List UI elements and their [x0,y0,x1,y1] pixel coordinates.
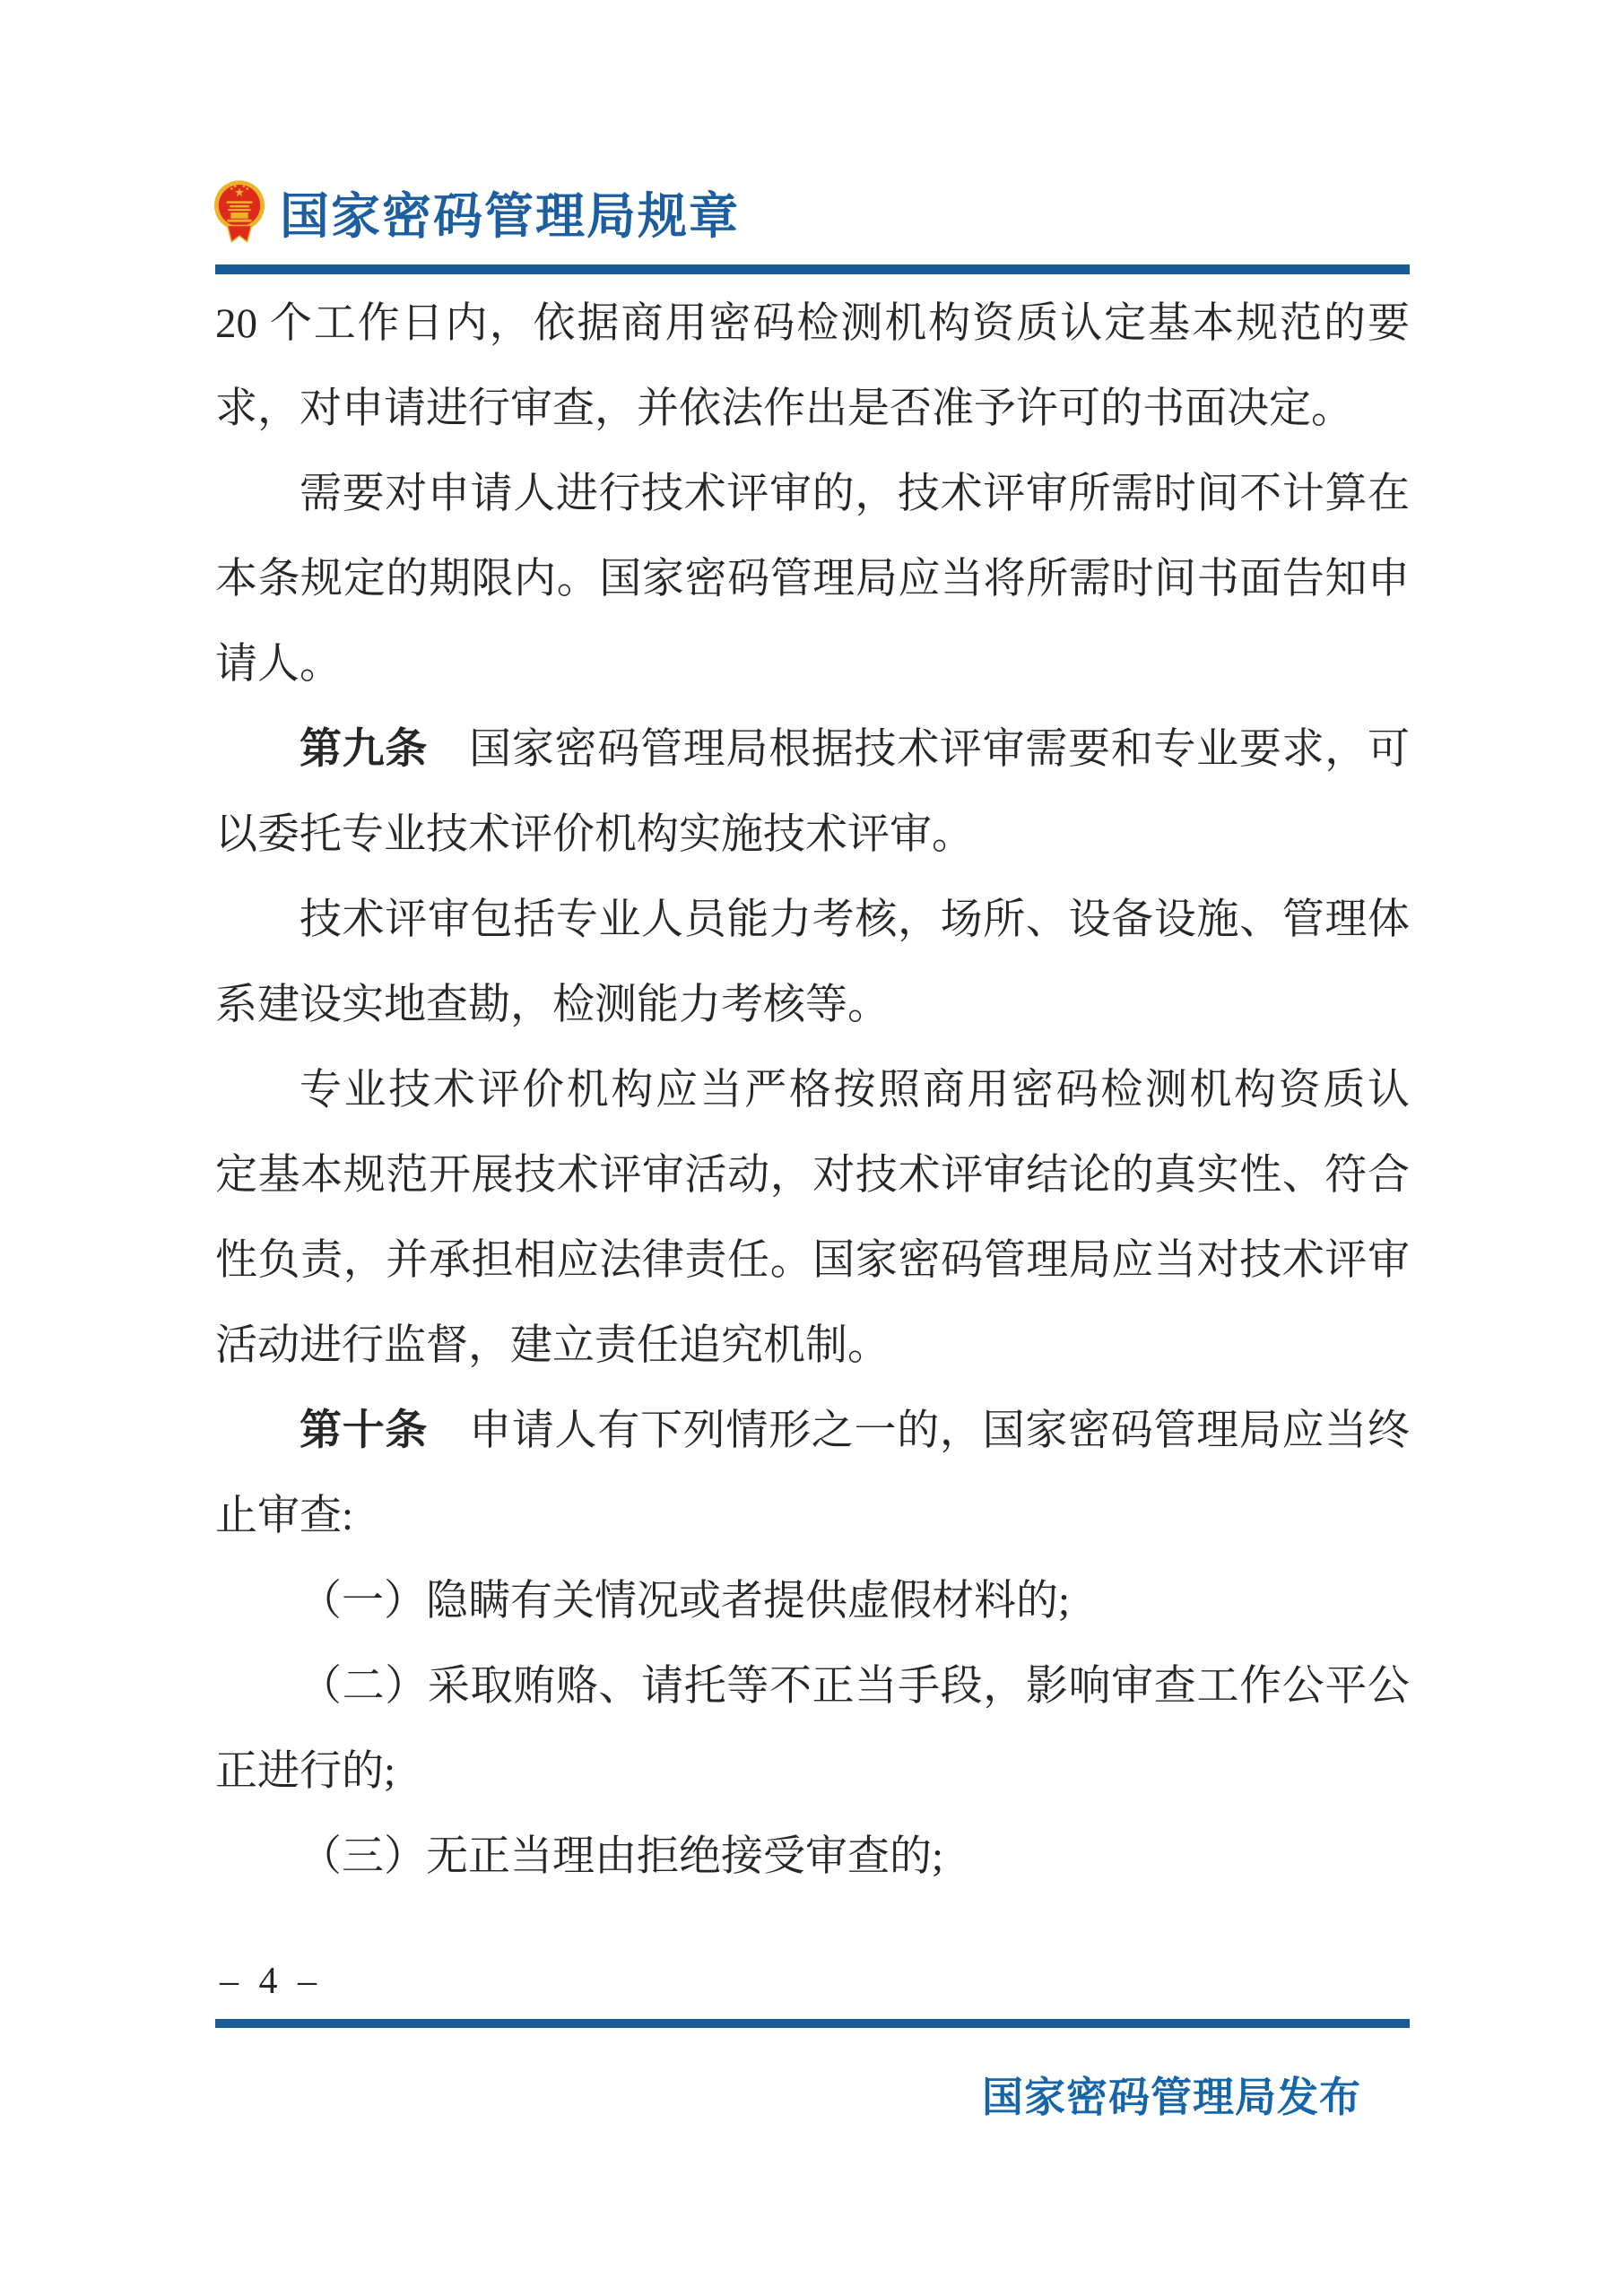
text-line: 正进行的; [215,1729,1410,1815]
text-line: 止审查: [215,1474,1410,1559]
text-line: 活动进行监督，建立责任追究机制。 [215,1304,1410,1389]
article-number: 第十条 [300,1408,428,1454]
text-line: 请人。 [215,622,1410,707]
regulation-page: 国家密码管理局规章 20 个工作日内，依据商用密码检测机构资质认定基本规范的要 … [0,0,1624,2296]
text-line: （三）无正当理由拒绝接受审查的; [215,1815,1410,1900]
text-line: 20 个工作日内，依据商用密码检测机构资质认定基本规范的要 [215,282,1410,367]
page-title: 国家密码管理局规章 [280,177,740,247]
text-line: 本条规定的期限内。国家密码管理局应当将所需时间书面告知申 [215,537,1410,622]
text-line: 性负责，并承担相应法律责任。国家密码管理局应当对技术评审 [215,1218,1410,1304]
text-line: 以委托专业技术评价机构实施技术评审。 [215,793,1410,878]
text-line: 技术评审包括专业人员能力考核，场所、设备设施、管理体 [215,878,1410,963]
national-emblem-icon [213,176,265,247]
document-body: 20 个工作日内，依据商用密码检测机构资质认定基本规范的要 求，对申请进行审查，… [215,282,1410,1900]
text-line: 系建设实地查勘，检测能力考核等。 [215,963,1410,1048]
page-header: 国家密码管理局规章 [213,176,740,247]
publisher-label: 国家密码管理局发布 [982,2065,1361,2124]
article-text: 申请人有下列情形之一的，国家密码管理局应当终 [469,1408,1410,1454]
text-line: （二）采取贿赂、请托等不正当手段，影响审查工作公平公 [215,1644,1410,1729]
text-line: 专业技术评价机构应当严格按照商用密码检测机构资质认 [215,1048,1410,1133]
article-number: 第九条 [300,726,428,773]
text-line: 需要对申请人进行技术评审的，技术评审所需时间不计算在 [215,452,1410,537]
text-line: 第十条申请人有下列情形之一的，国家密码管理局应当终 [215,1389,1410,1474]
page-number: – 4 – [220,1960,322,2003]
footer-divider [215,2019,1410,2028]
text-line: 第九条国家密码管理局根据技术评审需要和专业要求，可 [215,707,1410,793]
header-divider [215,264,1410,274]
text-line: （一）隐瞒有关情况或者提供虚假材料的; [215,1559,1410,1644]
text-line: 定基本规范开展技术评审活动，对技术评审结论的真实性、符合 [215,1133,1410,1218]
text-line: 求，对申请进行审查，并依法作出是否准予许可的书面决定。 [215,367,1410,452]
article-text: 国家密码管理局根据技术评审需要和专业要求，可 [469,726,1410,773]
